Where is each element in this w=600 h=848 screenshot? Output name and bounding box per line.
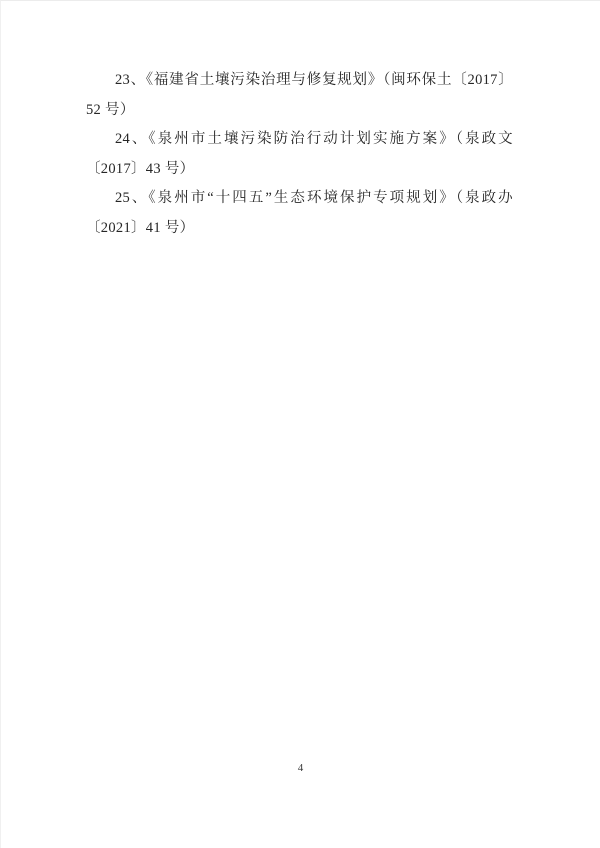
- document-page: 23、《福建省土壤污染治理与修复规划》（闽环保土〔2017〕 52 号） 24、…: [0, 0, 600, 848]
- list-item-25: 25、《泉州市“十四五”生态环境保护专项规划》（泉政办 〔2021〕41 号）: [86, 184, 513, 243]
- list-item-24-line-1: 24、《泉州市土壤污染防治行动计划实施方案》（泉政文: [86, 125, 513, 155]
- list-item-25-line-2: 〔2021〕41 号）: [86, 214, 513, 244]
- list-item-23-line-2: 52 号）: [86, 96, 513, 126]
- list-item-23: 23、《福建省土壤污染治理与修复规划》（闽环保土〔2017〕 52 号）: [86, 66, 513, 125]
- reference-list: 23、《福建省土壤污染治理与修复规划》（闽环保土〔2017〕 52 号） 24、…: [86, 66, 513, 243]
- page-number: 4: [1, 761, 600, 775]
- list-item-24: 24、《泉州市土壤污染防治行动计划实施方案》（泉政文 〔2017〕43 号）: [86, 125, 513, 184]
- list-item-23-line-1: 23、《福建省土壤污染治理与修复规划》（闽环保土〔2017〕: [86, 66, 513, 96]
- list-item-24-line-2: 〔2017〕43 号）: [86, 155, 513, 185]
- list-item-25-line-1: 25、《泉州市“十四五”生态环境保护专项规划》（泉政办: [86, 184, 513, 214]
